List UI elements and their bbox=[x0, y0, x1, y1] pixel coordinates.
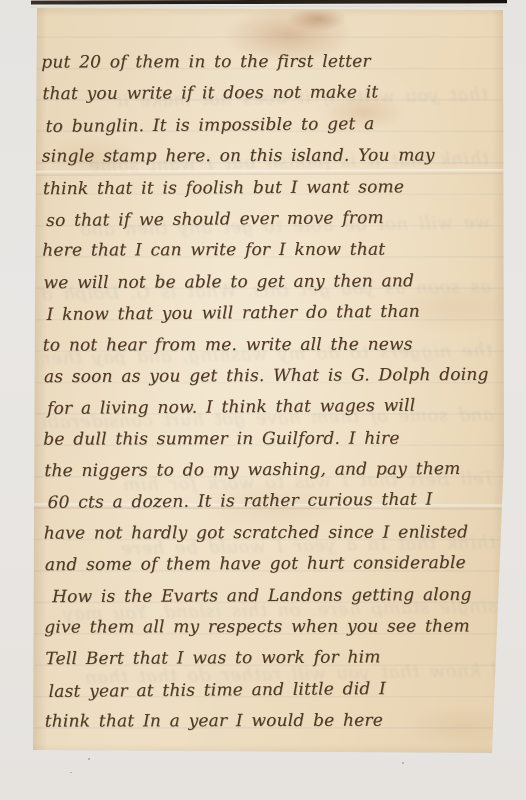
letter-line: here that I can write for I know that bbox=[42, 235, 494, 268]
letter-line: last year at this time and little did I bbox=[48, 673, 500, 708]
letter-line: that you write if it does not make it bbox=[42, 77, 494, 111]
letter-line: give them all my respects when you see t… bbox=[44, 611, 496, 644]
dust-speck bbox=[70, 772, 72, 773]
letter-line: the niggers to do my washing, and pay th… bbox=[44, 454, 496, 488]
letter-line: be dull this summer in Guilford. I hire bbox=[43, 423, 495, 456]
scan-edge-highlight bbox=[31, 3, 507, 7]
letter-line: single stamp here. on this island. You m… bbox=[42, 141, 494, 174]
letter-line: have not hardly got scratched since I en… bbox=[44, 517, 496, 550]
dust-speck bbox=[88, 758, 90, 760]
letter-line: put 20 of them in to the first letter bbox=[41, 46, 493, 79]
letter-line: to bunglin. It is impossible to get a bbox=[45, 108, 497, 143]
letter-line: 60 cts a dozen. It is rather curious tha… bbox=[47, 484, 499, 519]
letter-line: and some of them have got hurt considera… bbox=[45, 548, 497, 582]
letter-text: put 20 of them in to the first letter th… bbox=[42, 46, 498, 739]
letter-line: think that In a year I would be here bbox=[45, 706, 497, 739]
letter-line: Tell Bert that I was to work for him bbox=[45, 642, 497, 676]
letter-line: we will not be able to get any then and bbox=[43, 266, 495, 300]
dust-speck bbox=[402, 762, 404, 764]
letter-line: think that it is foolish but I want some bbox=[43, 171, 495, 205]
letter-line: so that if we should ever move from bbox=[46, 202, 498, 237]
letter-page: that you write if it does not make it th… bbox=[33, 7, 504, 754]
letter-line: How is the Evarts and Landons getting al… bbox=[52, 579, 504, 613]
letter-line: to not hear from me. write all the news bbox=[43, 329, 495, 362]
letter-line: for a living now. I think that wages wil… bbox=[47, 390, 499, 425]
letter-line: as soon as you get this. What is G. Dolp… bbox=[44, 360, 496, 394]
scan-background: that you write if it does not make it th… bbox=[0, 0, 526, 800]
letter-line: I know that you will rather do that than bbox=[46, 296, 498, 331]
